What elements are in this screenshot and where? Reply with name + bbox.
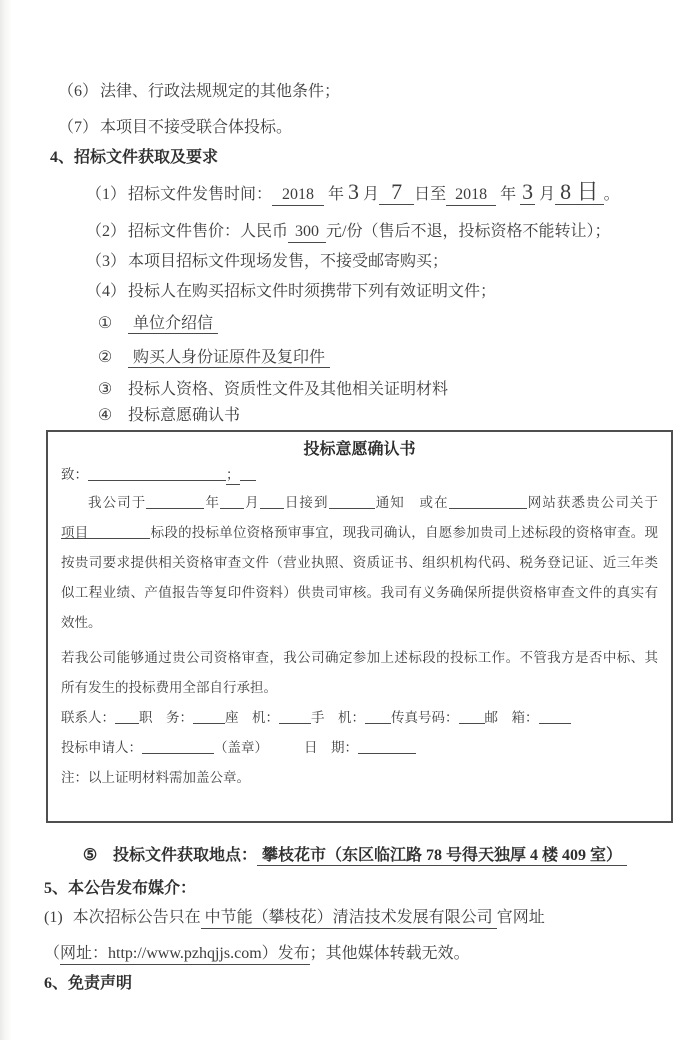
text-run: 8 日 [555,181,604,205]
text-run: 我公司于 [88,495,146,510]
fill-in-blank [142,740,214,754]
circled-number: ① [95,312,115,336]
pickup-location-number: ⑤ [80,844,100,868]
section-4-number: 4、 [50,149,74,166]
text-run: 招标文件发售时间： [128,186,272,203]
text-run: 中节能（攀枝花）清洁技术发展有限公司 [201,909,497,929]
onsite-sale-line: （3）本项目招标文件现场发售，不接受邮寄购买； [86,250,700,274]
text-run: 3 [520,181,535,205]
fill-in-blank [459,710,485,724]
required-doc-item: ①单位介绍信 [95,312,700,336]
box-line: 所有发生的投标费用全部自行承担。 [61,673,658,703]
required-docs-list: ①单位介绍信②购买人身份证原件及复印件③投标人资格、资质性文件及其他相关证明材料… [95,312,700,428]
text-run: 3 [348,179,359,204]
required-doc-text: 购买人身份证原件及复印件 [128,349,330,368]
section-5-title: 本公告发布媒介： [68,880,196,897]
text-run: ； [226,468,240,485]
text-run: 按贵司要求提供相关资格审查文件（营业执照、资质证书、组织机构代码、税务登记证、近… [61,555,658,570]
fill-in-blank [146,495,204,509]
section-6-heading: 6、免责声明 [44,972,700,996]
text-run: 邮 箱： [485,710,539,725]
clause-6-line: （6）法律、行政法规规定的其他条件； [58,80,700,104]
required-docs-line: （4）投标人在购买招标文件时须携带下列有效证明文件； [86,280,700,304]
text-run: 致： [61,467,88,482]
text-run: 7 [379,181,414,205]
spacer [63,921,73,922]
text-run: 传真号码： [391,710,459,725]
section-6-number: 6、 [44,975,68,992]
sale-time-line: （1）招标文件发售时间：2018 年 3 月7日至2018 年 3 月8 日。 [86,181,700,207]
required-doc-item: ④投标意愿确认书 [95,404,700,428]
text-run: 座 机： [225,710,279,725]
box-line: 项目标段的投标单位资格预审事宜，现我司确认，自愿参加贵司上述标段的资格审查。现 [61,518,658,548]
pickup-location-address: 攀枝花市（东区临江路 78 号得天独厚 4 楼 409 室） [257,847,627,866]
box-line: 注：以上证明材料需加盖公章。 [61,763,658,793]
text-run: (1) [44,909,63,926]
text-run: 效性。 [61,615,102,630]
text-run: 月 [244,495,260,510]
price-label: （2） [86,223,126,240]
required-doc-item: ③投标人资格、资质性文件及其他相关证明材料 [95,378,700,402]
circled-number: ③ [95,378,115,402]
clause-7-text: 本项目不接受联合体投标。 [100,119,292,136]
fill-in-blank [449,495,527,509]
text-run: 本次招标公告只在 [73,909,201,926]
website-line: （网址：http://www.pzhqjjs.com）发布；其他媒体转载无效。 [44,942,700,966]
text-run: 联系人： [61,710,115,725]
text-run: 招标文件售价：人民币 [128,223,288,240]
clause-7-label: （7） [58,119,98,136]
text-run: 网站获悉贵公司关于 [527,495,658,510]
price-line: （2）招标文件售价：人民币300元/份（售后不退，投标资格不能转让）； [86,220,700,244]
media-line: (1)本次招标公告只在 中节能（攀枝花）清洁技术发展有限公司 官网址 [44,906,700,930]
text-run: 年 [204,495,220,510]
text-run: 似工程业绩、产值报告等复印件资料）供贵司审核。我司有义务确保所提供资格审查文件的… [61,585,658,600]
text-run: 元/份（售后不退，投标资格不能转让）； [326,223,610,240]
text-run: 日接到 [284,495,329,510]
fill-in-blank [220,495,244,509]
required-docs-text: 投标人在购买招标文件时须携带下列有效证明文件； [128,283,496,300]
fill-in-blank [193,710,225,724]
confirmation-to-line: 致：； [61,462,658,488]
clause-7-line: （7）本项目不接受联合体投标。 [58,116,700,140]
section-4-title: 招标文件获取及要求 [74,149,218,166]
text-run: 300 [288,223,326,243]
section-5-number: 5、 [44,880,68,897]
fill-in-blank [358,740,416,754]
onsite-sale-text: 本项目招标文件现场发售，不接受邮寄购买； [128,253,448,270]
text-run: 2018 [272,186,324,206]
text-run: 月 [535,186,555,203]
fill-in-blank [539,710,571,724]
fill-in-blank [88,467,226,481]
circled-number: ④ [95,404,115,428]
box-line: 似工程业绩、产值报告等复印件资料）供贵司审核。我司有义务确保所提供资格审查文件的… [61,578,658,608]
text-run: ；其他媒体转载无效。 [310,945,470,962]
box-line: 我公司于年月日接到通知 或在网站获悉贵公司关于 [61,488,658,518]
fill-in-blank [329,495,375,509]
text-run: 通知 或在 [375,495,449,510]
fill-in-blank [88,525,150,539]
text-run: 。 [604,186,620,203]
circled-number: ② [95,346,115,370]
price-runs: 招标文件售价：人民币300元/份（售后不退，投标资格不能转让）； [128,223,610,240]
text-run: （ [44,945,60,962]
text-run: 网址：http://www.pzhqjjs.com）发布 [60,945,310,965]
section-4-heading: 4、招标文件获取及要求 [50,146,700,170]
section-6-title: 免责声明 [68,975,132,992]
fill-in-blank [279,710,311,724]
text-run: 注：以上证明材料需加盖公章。 [61,770,250,785]
clause-6-text: 法律、行政法规规定的其他条件； [100,83,340,100]
clause-6-label: （6） [58,83,98,100]
box-line: 若我公司能够通过贵公司资格审查，我公司确定参加上述标段的投标工作。不管我方是否中… [61,643,658,673]
document-page: （6）法律、行政法规规定的其他条件； （7）本项目不接受联合体投标。 4、招标文… [0,0,700,1040]
text-run: 月 [359,186,379,203]
required-doc-item: ②购买人身份证原件及复印件 [95,346,700,370]
required-doc-text: 单位介绍信 [128,315,218,334]
fill-in-blank [115,710,139,724]
text-run: 日 期： [304,740,358,755]
confirmation-body: 我公司于年月日接到通知 或在网站获悉贵公司关于项目标段的投标单位资格预审事宜，现… [61,488,658,793]
bid-intent-confirmation-box: 投标意愿确认书 致：； 我公司于年月日接到通知 或在网站获悉贵公司关于项目标段的… [46,430,673,823]
text-run: 官网址 [497,909,545,926]
text-run: 若我公司能够通过贵公司资格审查，我公司确定参加上述标段的投标工作。不管我方是否中… [61,650,658,665]
text-run: 年 [496,186,520,203]
text-run: 手 机： [311,710,365,725]
spacer [268,751,304,752]
text-run: 所有发生的投标费用全部自行承担。 [61,680,277,695]
text-run: 项目 [61,525,88,540]
box-line: 按贵司要求提供相关资格审查文件（营业执照、资质证书、组织机构代码、税务登记证、近… [61,548,658,578]
box-line: 效性。 [61,608,658,638]
confirmation-title: 投标意愿确认书 [61,438,658,462]
sale-time-runs: 招标文件发售时间：2018 年 3 月7日至2018 年 3 月8 日。 [128,186,620,203]
text-run: 2018 [446,186,496,206]
required-docs-label: （4） [86,283,126,300]
text-run: 标段的投标单位资格预审事宜，现我司确认，自愿参加贵司上述标段的资格审查。现 [150,525,658,540]
pickup-location-label: 投标文件获取地点： [113,847,257,864]
section-5-heading: 5、本公告发布媒介： [44,877,700,901]
required-doc-text: 投标意愿确认书 [128,407,240,424]
box-line: 联系人：职 务：座 机：手 机：传真号码：邮 箱： [61,703,658,733]
text-run: 投标申请人： [61,740,142,755]
fill-in-blank [240,467,256,481]
text-run: （盖章） [214,740,268,755]
text-run: 日至 [414,186,446,203]
box-line: 投标申请人：（盖章）日 期： [61,733,658,763]
sale-time-label: （1） [86,186,126,203]
required-doc-text: 投标人资格、资质性文件及其他相关证明材料 [128,381,448,398]
pickup-location-line: ⑤投标文件获取地点：攀枝花市（东区临江路 78 号得天独厚 4 楼 409 室） [80,844,700,868]
fill-in-blank [260,495,284,509]
text-run: 职 务： [139,710,193,725]
onsite-sale-label: （3） [86,253,126,270]
fill-in-blank [365,710,391,724]
text-run: 年 [324,186,348,203]
